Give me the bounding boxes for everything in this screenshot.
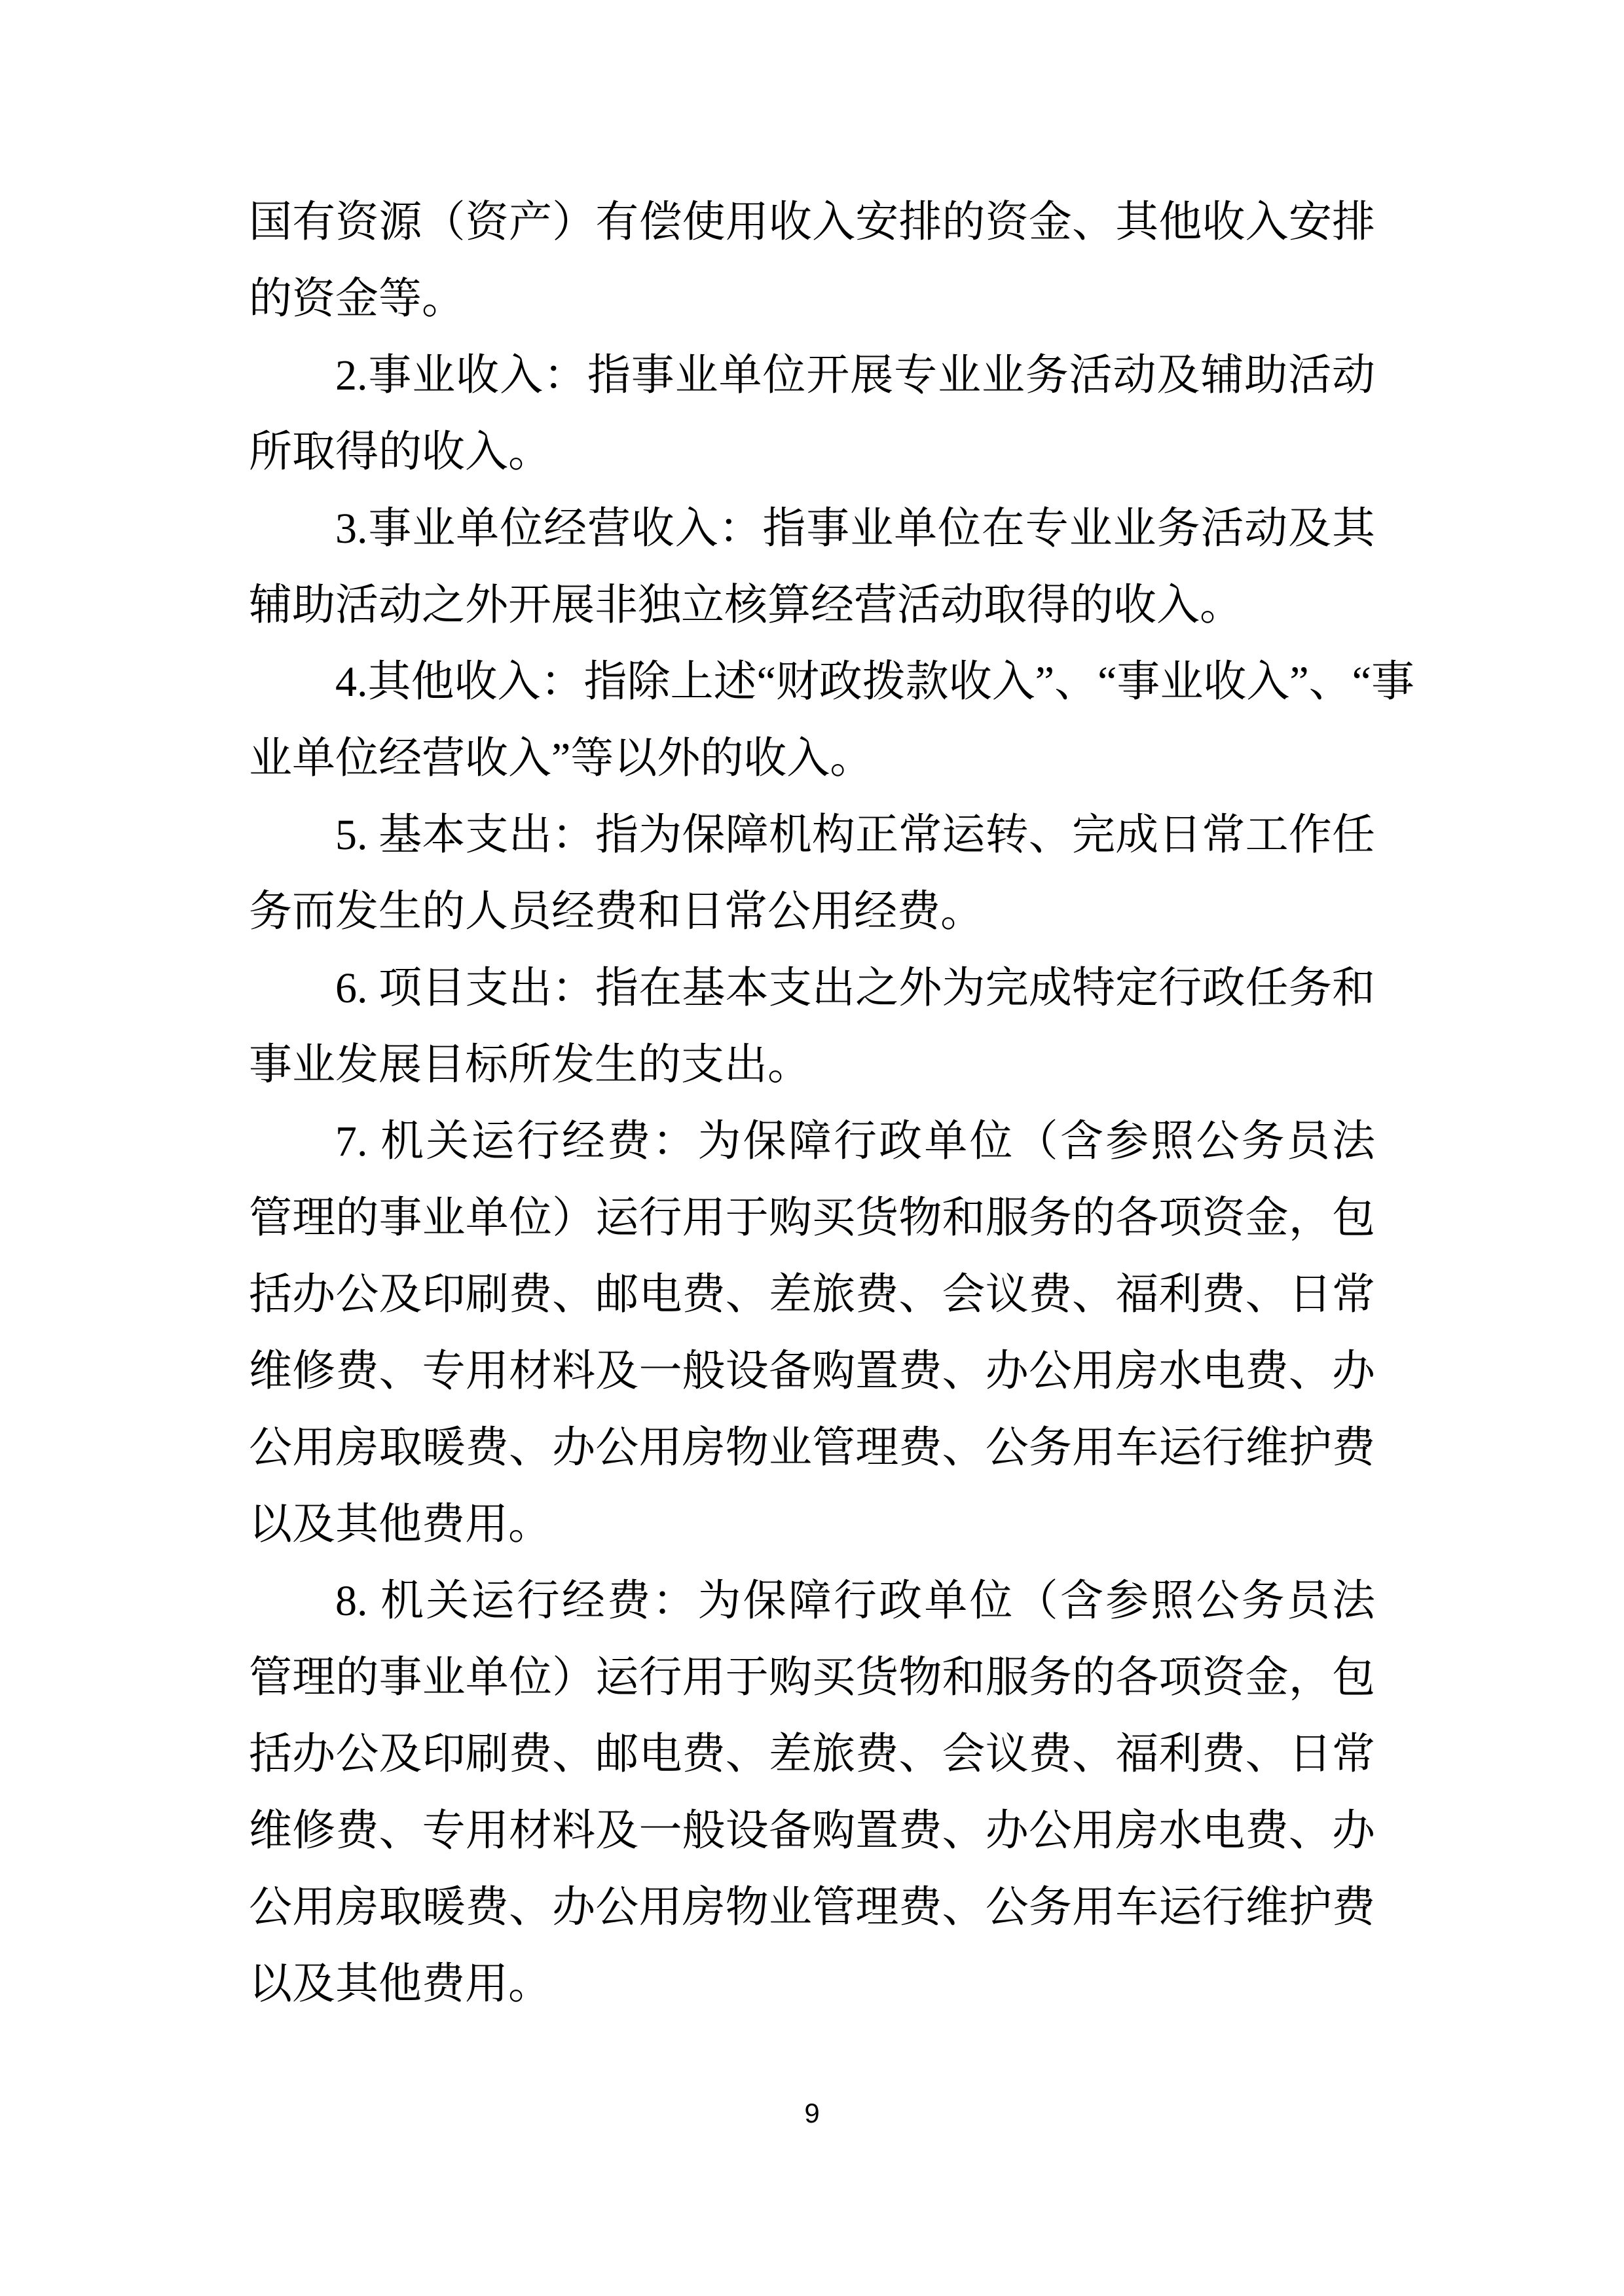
text-line: 国有资源（资产）有偿使用收入安排的资金、其他收入安排 <box>249 184 1375 261</box>
text-line: 4.其他收入：指除上述“财政拨款收入”、“事业收入”、“事 <box>249 644 1375 720</box>
text-line: 辅助活动之外开展非独立核算经营活动取得的收入。 <box>249 567 1375 644</box>
text-line: 括办公及印刷费、邮电费、差旅费、会议费、福利费、日常 <box>249 1256 1375 1333</box>
text-line: 管理的事业单位）运行用于购买货物和服务的各项资金，包 <box>249 1639 1375 1716</box>
text-line: 5. 基本支出：指为保障机构正常运转、完成日常工作任 <box>249 797 1375 873</box>
text-line: 公用房取暖费、办公用房物业管理费、公务用车运行维护费 <box>249 1869 1375 1946</box>
text-line: 的资金等。 <box>249 261 1375 337</box>
text-line: 以及其他费用。 <box>249 1946 1375 2022</box>
text-line: 务而发生的人员经费和日常公用经费。 <box>249 873 1375 950</box>
text-line: 事业发展目标所发生的支出。 <box>249 1027 1375 1103</box>
text-line: 6. 项目支出：指在基本支出之外为完成特定行政任务和 <box>249 950 1375 1027</box>
text-line: 8. 机关运行经费：为保障行政单位（含参照公务员法 <box>249 1563 1375 1639</box>
text-block: 国有资源（资产）有偿使用收入安排的资金、其他收入安排的资金等。2.事业收入：指事… <box>249 184 1375 2022</box>
text-line: 公用房取暖费、办公用房物业管理费、公务用车运行维护费 <box>249 1410 1375 1486</box>
text-line: 维修费、专用材料及一般设备购置费、办公用房水电费、办 <box>249 1793 1375 1869</box>
text-line: 以及其他费用。 <box>249 1486 1375 1563</box>
text-line: 所取得的收入。 <box>249 414 1375 490</box>
page-number: 9 <box>0 2094 1624 2133</box>
text-line: 维修费、专用材料及一般设备购置费、办公用房水电费、办 <box>249 1333 1375 1410</box>
text-line: 业单位经营收入”等以外的收入。 <box>249 720 1375 797</box>
text-line: 管理的事业单位）运行用于购买货物和服务的各项资金，包 <box>249 1180 1375 1256</box>
text-line: 括办公及印刷费、邮电费、差旅费、会议费、福利费、日常 <box>249 1716 1375 1793</box>
text-line: 7. 机关运行经费：为保障行政单位（含参照公务员法 <box>249 1103 1375 1180</box>
document-page: 国有资源（资产）有偿使用收入安排的资金、其他收入安排的资金等。2.事业收入：指事… <box>0 0 1624 2296</box>
text-line: 3.事业单位经营收入：指事业单位在专业业务活动及其 <box>249 490 1375 567</box>
text-line: 2.事业收入：指事业单位开展专业业务活动及辅助活动 <box>249 337 1375 414</box>
